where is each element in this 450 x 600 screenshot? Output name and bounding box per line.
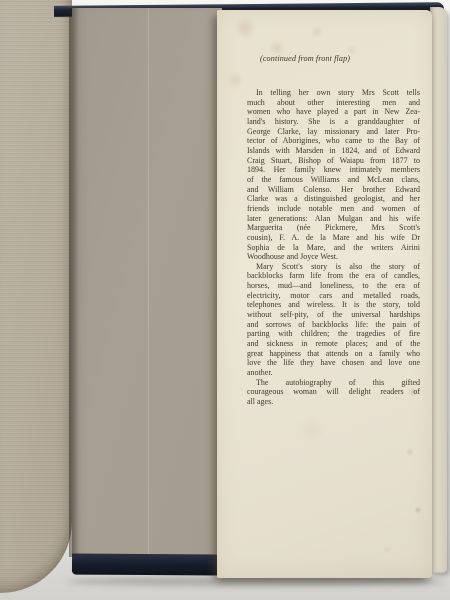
flap-text-line: George Clarke, lay missionary and later … — [247, 127, 420, 137]
flap-text-line: The autobiography of this gifted — [247, 378, 420, 388]
endpaper-pastedown — [72, 8, 222, 559]
flap-continuation-note: (continued from front flap) — [260, 54, 420, 64]
flap-text-line: cousin), F. A. de la Mare and his wife D… — [247, 233, 420, 243]
flap-text-block: (continued from front flap) In telling h… — [247, 54, 420, 407]
flap-text-line: backblocks farm life from the era of can… — [247, 271, 420, 281]
flap-text-line: friends include notable men and women of — [247, 204, 420, 214]
flap-text-line: love the life they have chosen and love … — [247, 358, 420, 368]
flyleaf-page — [0, 0, 72, 593]
flap-text-line: great happiness that attends on a family… — [247, 349, 420, 359]
flap-text-line: of the famous Williams and McLean clans, — [247, 175, 420, 185]
flap-text-line: tector of Aborigines, who came to the Ba… — [247, 136, 420, 146]
flap-paragraph: The autobiography of this giftedcourageo… — [247, 378, 420, 407]
flap-text-line: 1894. Her family knew intimately members — [247, 165, 420, 175]
flap-text-line: women who have played a part in New Zea- — [247, 107, 420, 117]
book-drop-shadow — [66, 577, 444, 586]
flap-text-line: In telling her own story Mrs Scott tells — [247, 88, 420, 98]
flap-text-line: courageous woman will delight readers of — [247, 387, 420, 397]
flap-paragraphs: In telling her own story Mrs Scott tells… — [247, 88, 420, 407]
flap-text-line: and William Colenso. Her brother Edward — [247, 185, 420, 195]
jacket-fold-edge — [430, 7, 447, 573]
flap-text-line: without self-pity, of the universal hard… — [247, 310, 420, 320]
dust-jacket-flap: (continued from front flap) In telling h… — [217, 10, 432, 578]
cover-bottom-edge — [72, 554, 222, 576]
hinge-gutter-shadow — [69, 8, 79, 557]
flap-text-line: electricity, motor cars and metalled roa… — [247, 291, 420, 301]
flap-paragraph: In telling her own story Mrs Scott tells… — [247, 88, 420, 262]
flap-text-line: Woodhouse and Joyce West. — [247, 252, 420, 262]
flap-text-line: Craig Stuart, Bishop of Waiapu from 1877… — [247, 156, 420, 166]
flap-text-line: horses, mud—and loneliness, to the era o… — [247, 281, 420, 291]
flap-text-line: Marguerita (née Pickmere, Mrs Scott's — [247, 223, 420, 233]
flap-text-line: later generations: Alan Mulgan and his w… — [247, 214, 420, 224]
book-photo: (continued from front flap) In telling h… — [0, 0, 450, 600]
flap-text-line: Clarke was a distinguished geologist, an… — [247, 194, 420, 204]
flap-text-line: and sickness in remote places; and of th… — [247, 339, 420, 349]
flap-text-line: another. — [247, 368, 420, 378]
flap-text-line: all ages. — [247, 397, 420, 407]
flap-text-line: Islands with Marsden in 1824, and of Edw… — [247, 146, 420, 156]
flap-text-line: much about other interesting men and — [247, 98, 420, 108]
flap-paragraph: Mary Scott's story is also the story ofb… — [247, 262, 420, 378]
flap-text-line: parting with children; the tragedies of … — [247, 329, 420, 339]
flap-text-line: Mary Scott's story is also the story of — [247, 262, 420, 272]
flap-text-line: telephones and wireless. It is the story… — [247, 300, 420, 310]
flap-text-line: and sorrows of backblocks life: the pain… — [247, 320, 420, 330]
flap-text-line: Sophia de la Mare, and the writers Airin… — [247, 243, 420, 253]
flap-text-line: land's history. She is a granddaughter o… — [247, 117, 420, 127]
